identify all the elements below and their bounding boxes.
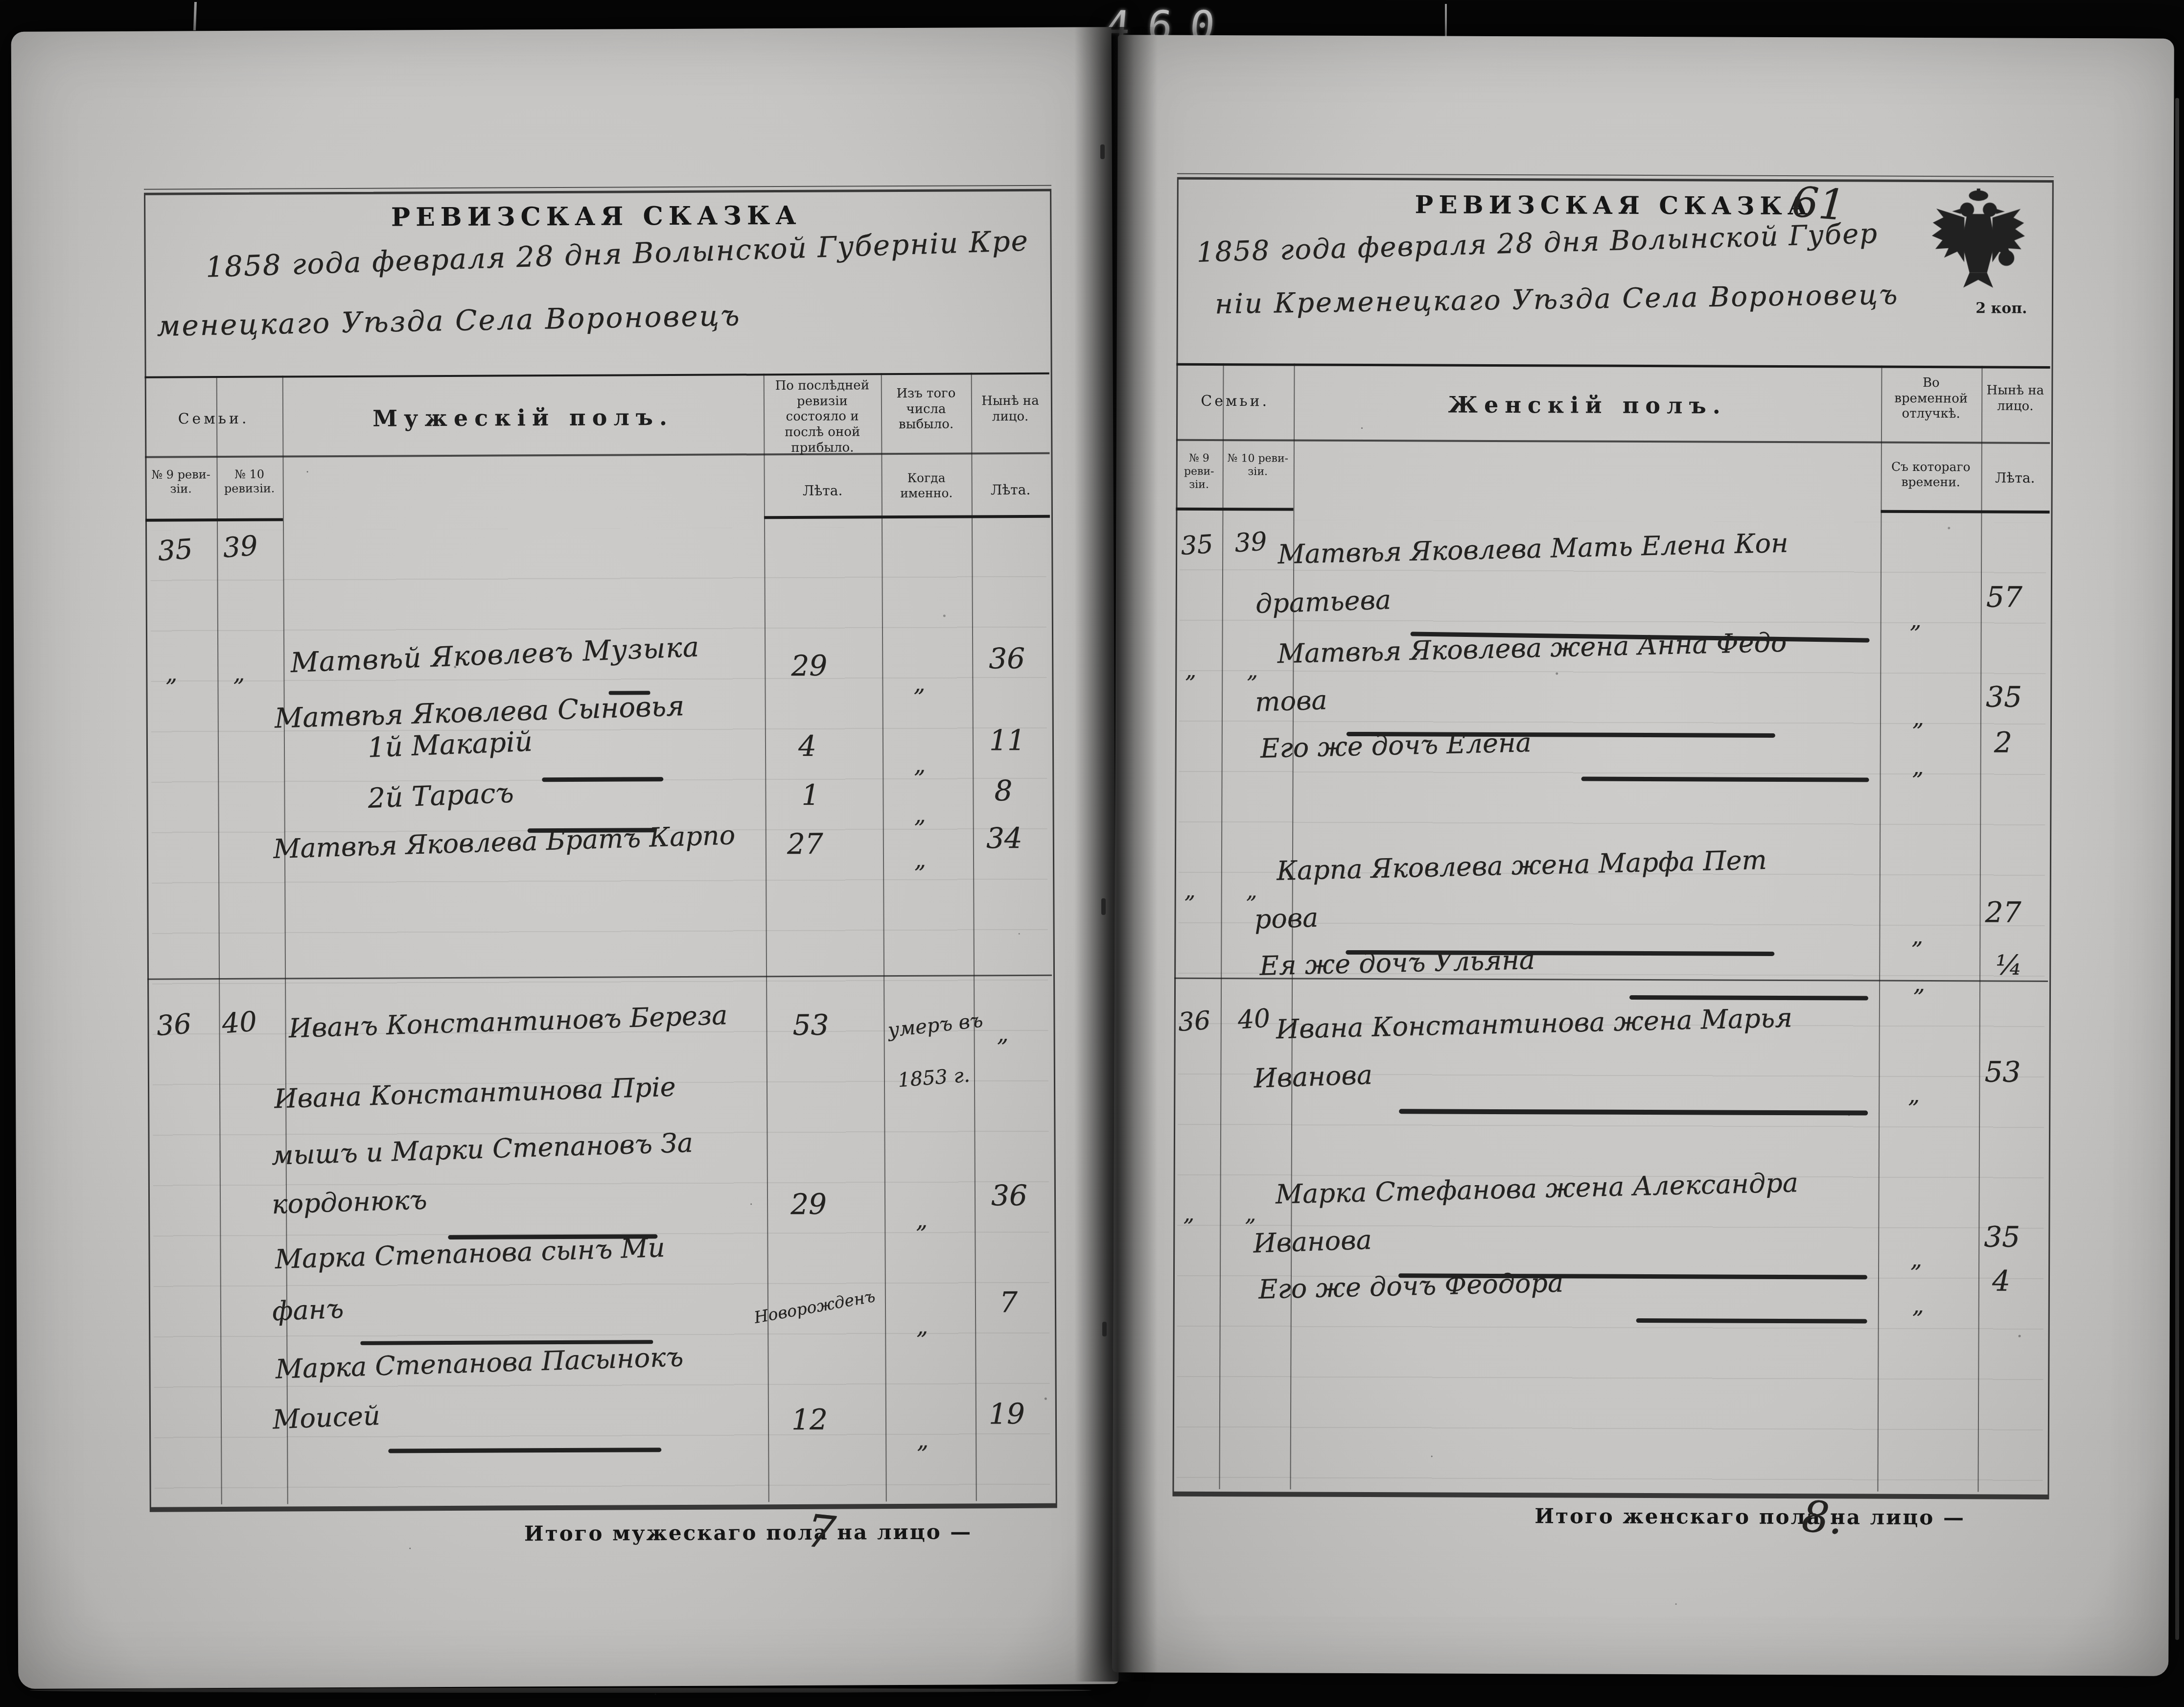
- family-no-9th: 36: [155, 1008, 192, 1042]
- table-rule: [145, 518, 283, 522]
- page-title: РЕВИЗСКАЯ СКАЗКА: [1177, 189, 2051, 221]
- ink-underline: [1629, 995, 1868, 1001]
- family-no-10th: 40: [221, 1005, 258, 1040]
- paper-speck: [1361, 427, 1363, 429]
- col-header-male-sex: Мужескій полъ.: [282, 403, 764, 432]
- col-header-family: Семьи.: [1176, 393, 1294, 411]
- age-previous: 29: [790, 1188, 827, 1221]
- film-scratch: [1445, 4, 1447, 36]
- ditto-mark: „: [913, 670, 925, 697]
- right-page: РЕВИЗСКАЯ СКАЗКА 61: [1112, 35, 2174, 1676]
- ditto-mark: „: [233, 660, 245, 686]
- ditto-mark: „: [1247, 658, 1258, 683]
- age-now: 19: [989, 1397, 1025, 1430]
- ditto-mark: „: [1913, 970, 1925, 997]
- age-now: 57: [1986, 580, 2022, 613]
- col-subheader-since: Съ котораго времени.: [1884, 460, 1978, 490]
- age-now: 2: [1994, 726, 2012, 759]
- ditto-mark: „: [1183, 1201, 1194, 1226]
- col-header-away: Во временной отлучкѣ.: [1884, 375, 1978, 422]
- age-now: 36: [991, 1179, 1027, 1212]
- col-subheader-rev9: № 9 реви­зіи.: [1177, 452, 1221, 492]
- age-now: 53: [1984, 1055, 2021, 1088]
- family-no-9th: 35: [1180, 530, 1214, 561]
- col-subheader-rev10: № 10 реви­зіи.: [1224, 452, 1292, 479]
- family-no-10th: 40: [1237, 1004, 1271, 1035]
- person-name: Ея же дочъ Ульяна: [1259, 944, 1535, 982]
- age-now: 36: [989, 642, 1025, 675]
- col-subheader-leta: Лѣта.: [1983, 469, 2047, 487]
- age-now: 4: [1992, 1264, 2010, 1297]
- ditto-mark: „: [1185, 658, 1196, 683]
- ditto-mark: „: [1185, 878, 1196, 903]
- imperial-eagle-stamp-icon: [1926, 187, 2031, 303]
- person-name: 1й Макарій: [367, 725, 533, 764]
- ditto-mark: „: [1908, 1081, 1920, 1108]
- col-header-present: Нынѣ на лицо.: [973, 394, 1047, 425]
- age-previous: 29: [791, 649, 827, 682]
- ditto-mark: „: [1245, 1201, 1256, 1226]
- total-male-label: Итого мужескаго пола на лицо —: [524, 1520, 973, 1545]
- age-previous: 1: [801, 778, 819, 812]
- person-name: Иванова: [1253, 1059, 1372, 1094]
- col-subheader-leta-prev: Лѣта.: [764, 482, 882, 499]
- age-now: 8: [994, 774, 1012, 807]
- ditto-mark: „: [914, 801, 926, 828]
- ditto-mark: „: [997, 1020, 1008, 1047]
- person-name: дратьева: [1255, 584, 1392, 619]
- total-male-value: 7: [804, 1504, 838, 1559]
- age-previous: 12: [791, 1403, 828, 1436]
- person-name: фанъ: [272, 1293, 344, 1327]
- col-subheader-rev10: № 10 реви­зіи.: [219, 468, 280, 496]
- age-previous: 27: [787, 827, 823, 861]
- ditto-mark: „: [1912, 704, 1924, 731]
- ditto-mark: „: [914, 751, 926, 778]
- book-edge-pages: [2175, 98, 2179, 1640]
- ink-underline: [542, 777, 663, 782]
- age-now: 7: [999, 1286, 1018, 1319]
- col-header-departed: Изъ того числа выбыло.: [885, 386, 967, 433]
- col-subheader-leta-now: Лѣта.: [972, 482, 1050, 499]
- ditto-mark: „: [1246, 878, 1257, 903]
- col-header-family: Семьи.: [145, 410, 282, 429]
- col-header-female-sex: Женскій полъ.: [1294, 391, 1881, 420]
- ditto-mark: „: [1910, 607, 1922, 633]
- table-rule: [1881, 510, 2049, 514]
- ditto-mark: „: [1912, 1292, 1924, 1318]
- binding-stitch: [1101, 898, 1106, 915]
- age-previous: 53: [792, 1008, 829, 1042]
- family-no-10th: 39: [1233, 527, 1268, 558]
- table-rule: [1176, 508, 1293, 511]
- age-now: 11: [989, 724, 1025, 757]
- col-subheader-rev9: № 9 реви­зіи.: [148, 468, 214, 496]
- ditto-mark: „: [1911, 923, 1923, 949]
- person-name: кордонюкъ: [271, 1184, 427, 1220]
- age-now: 34: [986, 821, 1022, 855]
- age-previous: 4: [798, 729, 816, 763]
- col-header-prev-revision: По послѣдней ревизіи состояло и послѣ он…: [767, 378, 878, 456]
- ditto-mark: „: [917, 1427, 929, 1453]
- age-now-fraction: ¼: [1996, 950, 2022, 982]
- age-now: 27: [1985, 895, 2021, 929]
- binding-stitch: [1102, 1322, 1107, 1336]
- age-now: 35: [1986, 680, 2022, 713]
- family-no-9th: 35: [157, 533, 194, 567]
- ditto-mark: „: [165, 660, 177, 686]
- person-name: 2й Тарасъ: [367, 777, 514, 815]
- stamp-value: 2 коп.: [1955, 300, 2048, 318]
- person-name: това: [1255, 684, 1327, 718]
- age-now: 35: [1984, 1220, 2020, 1253]
- left-page: РЕВИЗСКАЯ СКАЗКА 1858 года февраля 28 дн…: [11, 27, 1119, 1689]
- film-scratch: [193, 2, 197, 30]
- person-name: Иванова: [1253, 1224, 1372, 1259]
- total-female-value: 8.: [1800, 1491, 1845, 1544]
- family-no-9th: 36: [1177, 1006, 1211, 1037]
- person-name: Его же дочъ Елена: [1260, 727, 1532, 764]
- book-gutter: [1074, 27, 1158, 1682]
- book-edge-pages: [29, 1688, 1092, 1693]
- paper-speck: [307, 471, 308, 472]
- col-header-present: Нынѣ на лицо.: [1983, 383, 2047, 414]
- ditto-mark: „: [916, 1313, 928, 1339]
- binding-stitch: [1100, 144, 1105, 159]
- person-name: Моисей: [272, 1400, 381, 1435]
- family-no-10th: 39: [222, 530, 259, 564]
- total-female-label: Итого женскаго пола на лицо —: [1534, 1504, 1965, 1529]
- ink-underline: [1636, 1318, 1867, 1324]
- ditto-mark: „: [916, 1207, 928, 1233]
- ditto-mark: „: [1912, 753, 1924, 780]
- microfilm-scan: 460 РЕВИЗСКАЯ СКАЗКА 1858 года февраля 2…: [0, 0, 2184, 1707]
- person-name: рова: [1254, 902, 1319, 935]
- ditto-mark: „: [914, 846, 926, 873]
- ditto-mark: „: [1910, 1246, 1922, 1272]
- col-subheader-when: Когда именно.: [885, 470, 968, 501]
